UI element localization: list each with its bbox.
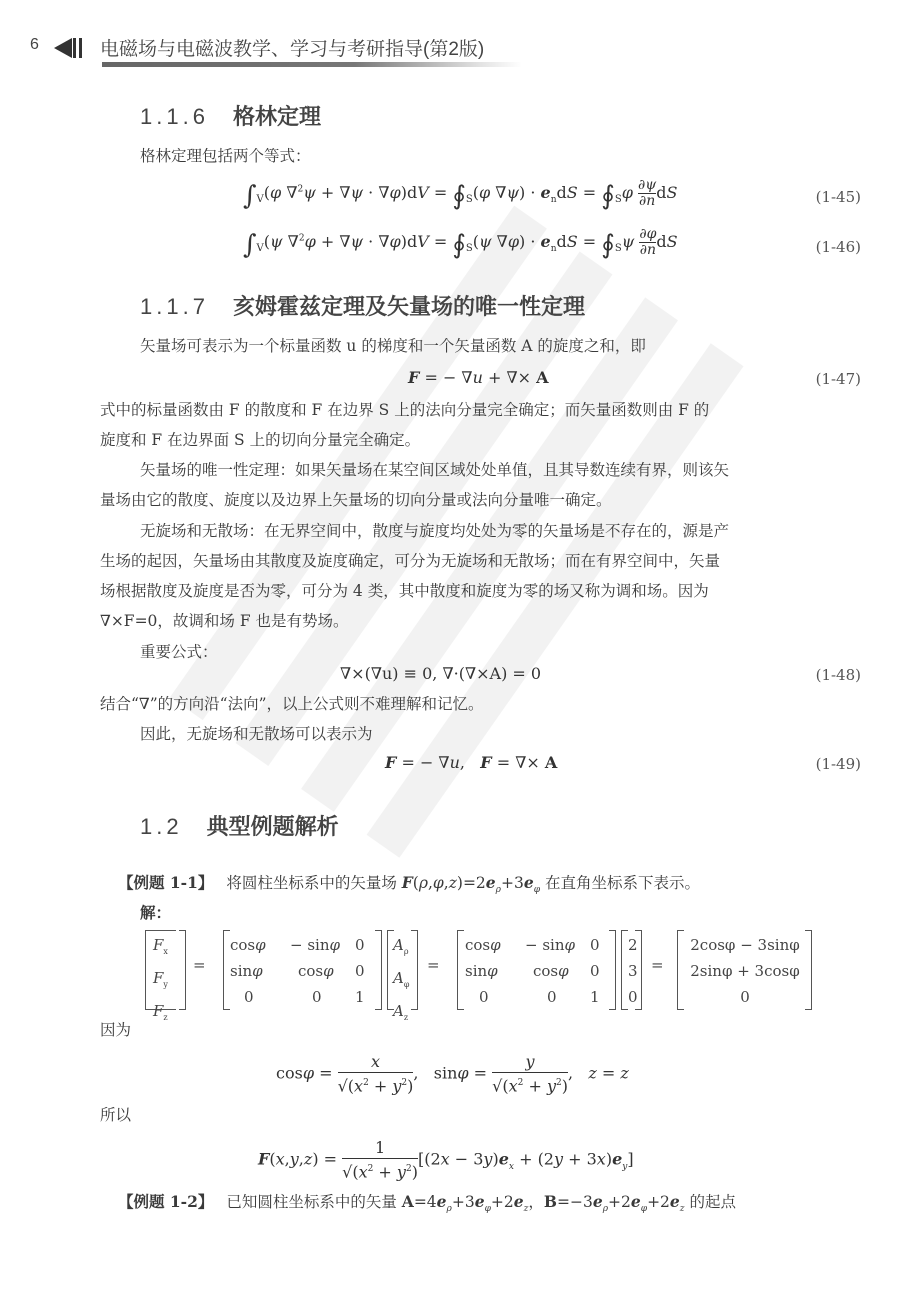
section-heading-1-1-7: 1.1.7亥姆霍兹定理及矢量场的唯一性定理	[140, 290, 585, 321]
solution-label: 解：	[140, 903, 171, 923]
left-arrow-icon	[54, 38, 72, 58]
example-tag: 【例题 1-1】	[118, 873, 213, 892]
matrix-equation: FxFyFz = cosφ− sinφ0 sinφcosφ0 001 AρAφA…	[145, 930, 825, 1010]
matrix-result: 2sinφ + 3cosφ	[690, 962, 799, 980]
header-rule	[102, 62, 522, 67]
paragraph-line: 无旋场和无散场：在无界空间中，散度与旋度均处处为零的矢量场是不存在的，源是产	[140, 521, 729, 541]
page-number: 6	[30, 36, 39, 54]
section-heading-1-1-6: 1.1.6格林定理	[140, 100, 321, 131]
section-title: 亥姆霍兹定理及矢量场的唯一性定理	[233, 294, 585, 319]
equation-number: (1-45)	[816, 188, 861, 206]
example-tag: 【例题 1-2】	[118, 1192, 213, 1211]
paragraph: 因此，无旋场和无散场可以表示为	[140, 724, 373, 744]
example-1-2: 【例题 1-2】 已知圆柱坐标系中的矢量 A=4eρ+3eφ+2ez，B=−3e…	[118, 1192, 736, 1219]
paragraph: 重要公式：	[140, 642, 218, 662]
equation-number: (1-46)	[816, 238, 861, 256]
section-heading-1-2: 1.2典型例题解析	[140, 810, 339, 841]
paragraph-line: ∇×F=0，故调和场 F 也是有势场。	[100, 611, 349, 631]
paragraph: 所以	[100, 1105, 131, 1125]
equation-1-46: ∫V(ψ ∇2φ + ∇ψ · ∇φ)dV = ∮S(ψ ∇φ) · endS …	[243, 227, 678, 260]
equation-number: (1-47)	[816, 370, 861, 388]
bar-icon	[79, 38, 82, 58]
section-number: 1.2	[140, 814, 183, 839]
section-number: 1.1.6	[140, 104, 209, 129]
section-number: 1.1.7	[140, 294, 209, 319]
matrix-result: 0	[740, 988, 750, 1006]
paragraph: 因为	[100, 1020, 131, 1040]
paragraph: 矢量场可表示为一个标量函数 u 的梯度和一个矢量函数 A 的旋度之和，即	[140, 336, 646, 356]
paragraph: 格林定理包括两个等式：	[140, 146, 311, 166]
book-title: 电磁场与电磁波教学、学习与考研指导(第2版)	[100, 34, 484, 61]
paragraph: 结合“∇”的方向沿“法向”，以上公式则不难理解和记忆。	[100, 694, 484, 714]
bar-icon	[73, 38, 76, 58]
section-title: 格林定理	[233, 104, 321, 129]
paragraph-line: 式中的标量函数由 F 的散度和 F 在边界 S 上的法向分量完全确定；而矢量函数…	[100, 400, 709, 420]
equation-trig: cosφ = x√(x2 + y2), sinφ = y√(x2 + y2), …	[276, 1052, 629, 1096]
equation-1-47: F = − ∇u + ∇× A	[408, 368, 549, 387]
matrix-result: 2cosφ − 3sinφ	[690, 936, 799, 954]
equation-1-45: ∫V(φ ∇2ψ + ∇ψ · ∇φ)dV = ∮S(φ ∇ψ) · endS …	[243, 178, 677, 211]
example-1-1: 【例题 1-1】 将圆柱坐标系中的矢量场 F(ρ,φ,z)=2eρ+3eφ 在直…	[118, 873, 700, 900]
equation-1-48: ∇×(∇u) ≡ 0, ∇·(∇×A) = 0	[340, 664, 541, 683]
paragraph-line: 矢量场的唯一性定理：如果矢量场在某空间区域处处单值，且其导数连续有界，则该矢	[140, 460, 729, 480]
paragraph-line: 量场由它的散度、旋度以及边界上矢量场的切向分量或法向分量唯一确定。	[100, 490, 612, 510]
running-header: 6 电磁场与电磁波教学、学习与考研指导(第2版)	[30, 32, 870, 72]
section-title: 典型例题解析	[207, 814, 339, 839]
paragraph-line: 旋度和 F 在边界面 S 上的切向分量完全确定。	[100, 430, 420, 450]
equation-1-49: F = − ∇u, F = ∇× A	[385, 753, 557, 772]
equation-number: (1-48)	[816, 666, 861, 684]
equation-final: F(x,y,z) = 1√(x2 + y2)[(2x − 3y)ex + (2y…	[258, 1138, 634, 1182]
paragraph-line: 生场的起因，矢量场由其散度及旋度确定，可分为无旋场和无散场；而在有界空间中，矢量	[100, 551, 720, 571]
equation-number: (1-49)	[816, 755, 861, 773]
paragraph-line: 场根据散度及旋度是否为零，可分为 4 类，其中散度和旋度为零的场又称为调和场。因…	[100, 581, 709, 601]
